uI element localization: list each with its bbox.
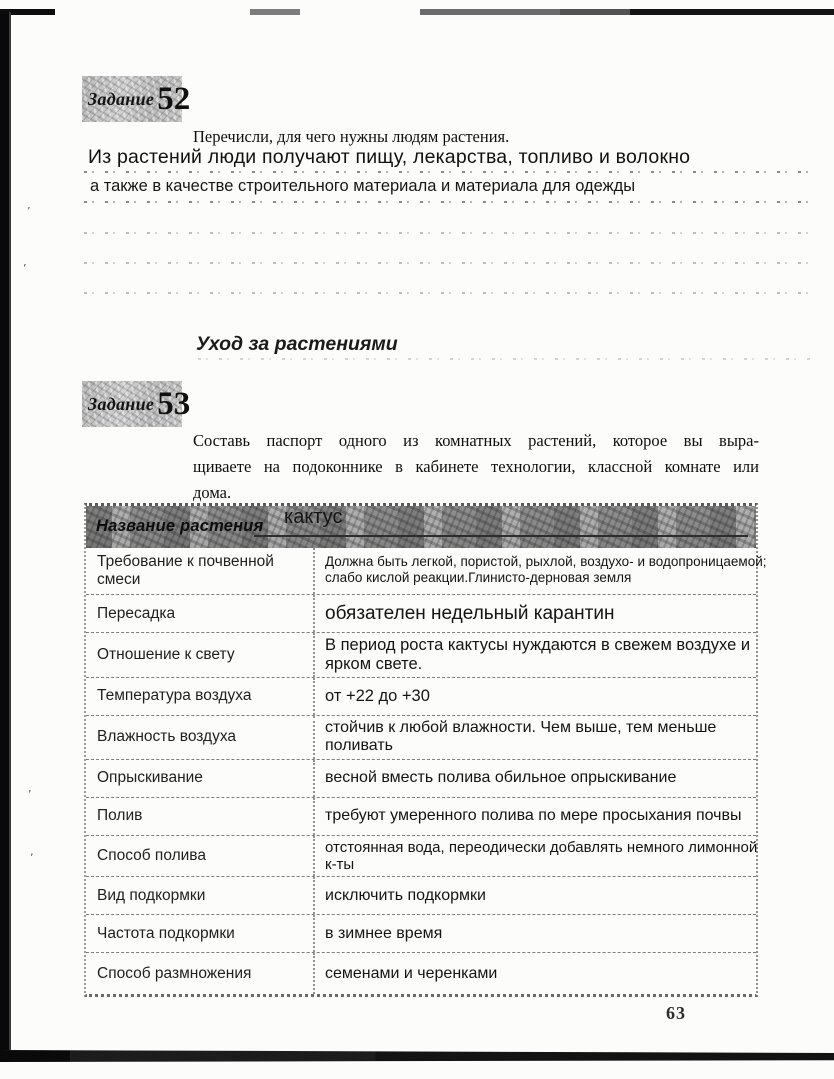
task-52-stamp: Задание 52 [82, 76, 182, 122]
row-value: Должна быть легкой, пористой, рыхлой, во… [315, 548, 834, 588]
ruled-line [198, 358, 813, 360]
row-value: семенами и черенками [315, 962, 756, 986]
plant-passport-table: Название растения кактус Требование к по… [84, 503, 758, 997]
task-53-stamp-number: 53 [157, 388, 190, 421]
task-53-prompt-line: щиваете на подоконнике в кабинете технол… [193, 454, 759, 480]
plant-name-value: кактус [284, 506, 342, 529]
row-label: Полив [86, 798, 315, 835]
task-53-stamp-word: Задание [88, 394, 154, 415]
row-label: Опрыскивание [86, 760, 315, 797]
task-53-stamp: Задание 53 [82, 381, 182, 427]
table-row: Опрыскивание весной вместь полива обильн… [86, 759, 756, 797]
row-value: В период роста кактусы нуждаются в свеже… [315, 633, 756, 677]
table-row: Способ размножения семенами и черенками [86, 952, 756, 994]
ruled-line [84, 292, 810, 294]
row-value: от +22 до +30 [315, 684, 756, 709]
scan-speck: ’ [23, 262, 27, 275]
row-value-text: отстоянная вода, переодически добавлять … [325, 839, 827, 874]
row-value: отстоянная вода, переодически добавлять … [315, 836, 829, 877]
page-number: 63 [666, 1003, 686, 1024]
row-value: стойчив к любой влажности. Чем выше, тем… [315, 716, 756, 759]
row-value: в зимнее время [315, 922, 756, 946]
scan-speck: ’ [27, 205, 31, 218]
ruled-line [84, 201, 814, 203]
table-row: Температура воздуха от +22 до +30 [86, 677, 756, 715]
task-53-prompt-line: Составь паспорт одного из комнатных раст… [193, 428, 759, 454]
table-row: Полив требуют умеренного полива по мере … [86, 797, 756, 835]
row-value-text: Должна быть легкой, пористой, рыхлой, во… [325, 554, 834, 585]
row-label: Отношение к свету [86, 633, 315, 677]
row-label: Влажность воздуха [86, 716, 315, 759]
task-52-answer-line-1: Из растений люди получают пищу, лекарств… [88, 146, 690, 169]
task-52-answer-line-2: а также в качестве строительного материа… [90, 177, 635, 196]
scan-speck: ’ [28, 788, 32, 801]
row-label: Способ размножения [86, 953, 315, 994]
task-52-stamp-word: Задание [88, 89, 154, 110]
task-52-stamp-number: 52 [157, 83, 190, 116]
table-row: Частота подкормки в зимнее время [86, 914, 756, 952]
row-label: Способ полива [86, 836, 315, 877]
ruled-line [84, 171, 814, 173]
ruled-line [84, 262, 814, 264]
ruled-line [84, 232, 812, 234]
row-value: требуют умеренного полива по мере просых… [315, 804, 756, 828]
scan-edge-bottom [0, 1050, 834, 1062]
row-value: весной вместь полива обильное опрыскиван… [315, 766, 756, 790]
task-52-prompt: Перечисли, для чего нужны людям растения… [193, 127, 509, 147]
row-label: Частота подкормки [86, 915, 315, 952]
row-label: Температура воздуха [86, 678, 315, 715]
title-fill-line [254, 535, 748, 537]
task-53-prompt: Составь паспорт одного из комнатных раст… [193, 428, 759, 506]
table-row: Способ полива отстоянная вода, переодиче… [86, 835, 756, 877]
table-row: Отношение к свету В период роста кактусы… [86, 632, 756, 677]
scanned-workbook-page: ’ ’ ’ ‚ Задание 52 Перечисли, для чего н… [0, 0, 834, 1079]
table-row: Пересадка обязателен недельный карантин [86, 594, 756, 632]
row-label: Требование к почвенной смеси [86, 548, 315, 594]
section-heading: Уход за растениями [196, 333, 398, 356]
plant-name-label: Название растения [96, 517, 263, 536]
scan-speck: ‚ [30, 845, 34, 858]
row-label: Пересадка [86, 595, 315, 632]
row-value: исключить подкормки [315, 884, 756, 908]
row-value: обязателен недельный карантин [315, 600, 756, 628]
table-title-band: Название растения кактус [86, 506, 756, 548]
row-label: Вид подкормки [86, 877, 315, 914]
table-row: Требование к почвенной смеси Должна быть… [86, 548, 756, 594]
scan-edge-left [0, 12, 13, 1050]
table-row: Влажность воздуха стойчив к любой влажно… [86, 715, 756, 759]
scan-edge-top [0, 9, 834, 15]
table-row: Вид подкормки исключить подкормки [86, 876, 756, 914]
